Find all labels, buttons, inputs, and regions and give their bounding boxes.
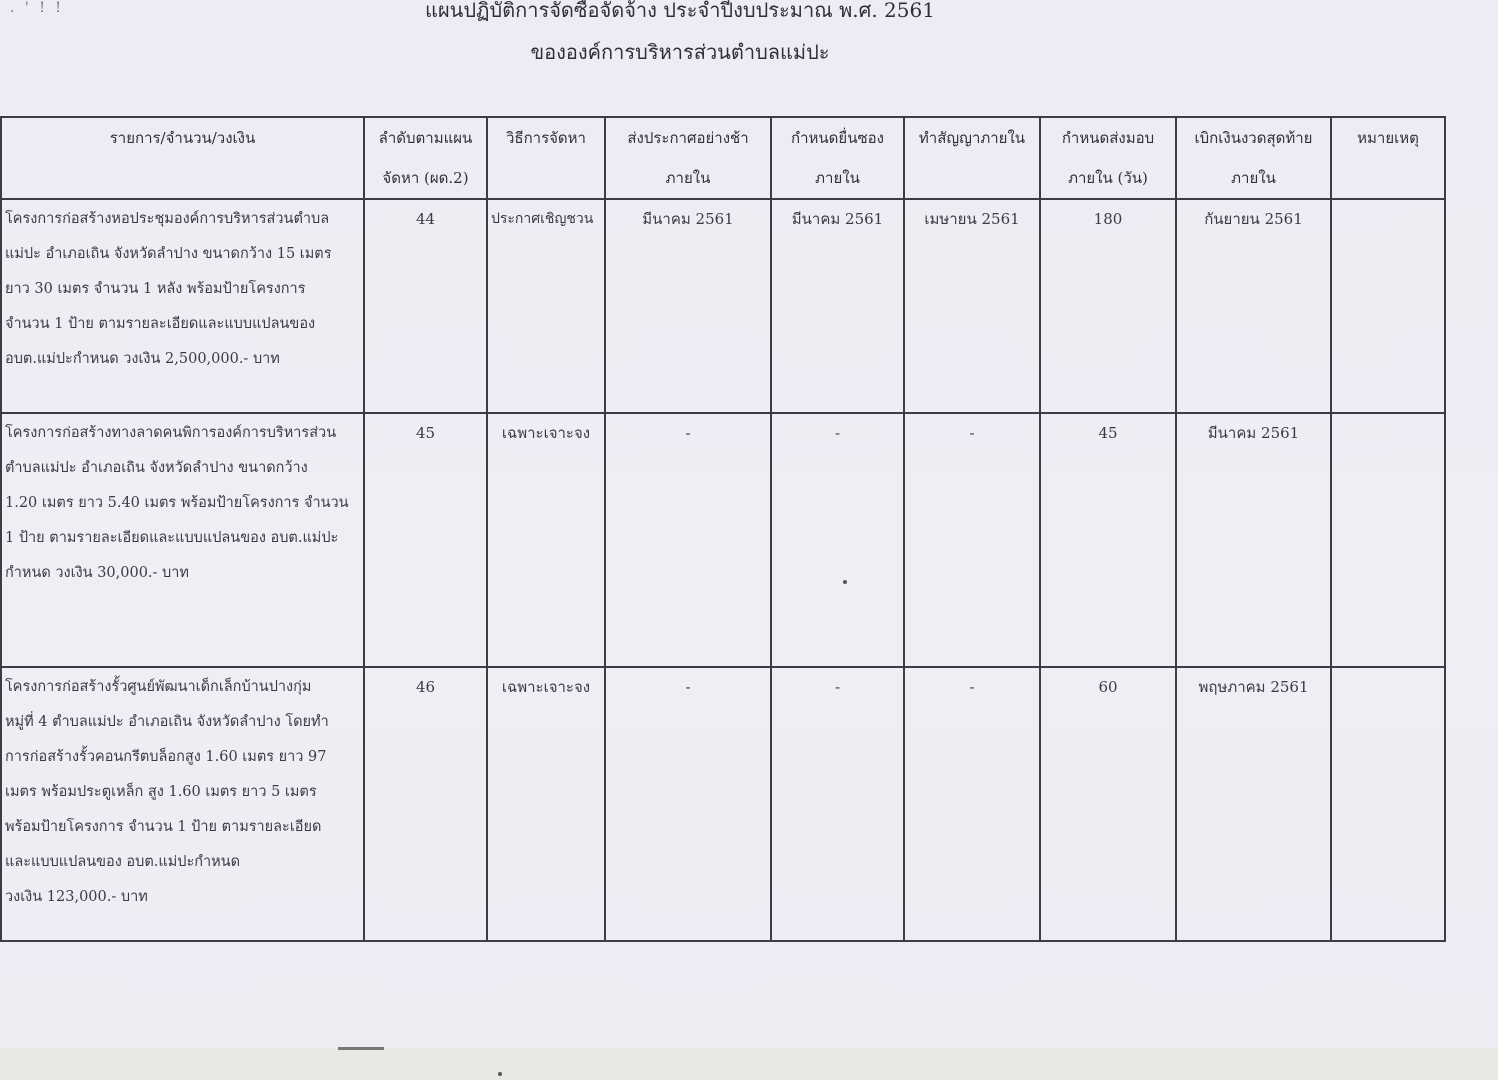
edge-mark	[338, 1047, 384, 1050]
row-announce-by: -	[605, 413, 771, 667]
row-plan-number: 45	[364, 413, 487, 667]
header-remark: หมายเหตุ	[1331, 117, 1445, 199]
header-announce-by: ส่งประกาศอย่างช้าภายใน	[605, 117, 771, 199]
row-announce-by: มีนาคม 2561	[605, 199, 771, 413]
header-contract-by: ทำสัญญาภายใน	[904, 117, 1040, 199]
row-final-payment: กันยายน 2561	[1176, 199, 1331, 413]
header-delivery-days: กำหนดส่งมอบภายใน (วัน)	[1040, 117, 1176, 199]
row-description: โครงการก่อสร้างหอประชุมองค์การบริหารส่วน…	[1, 199, 364, 413]
header-plan-number: ลำดับตามแผนจัดหา (ผด.2)	[364, 117, 487, 199]
row-bid-due: -	[771, 413, 904, 667]
document-title: แผนปฏิบัติการจัดซื้อจัดจ้าง ประจำปีงบประ…	[0, 0, 1360, 26]
row-remark	[1331, 199, 1445, 413]
row-delivery-days: 60	[1040, 667, 1176, 941]
row-delivery-days: 180	[1040, 199, 1176, 413]
document-subtitle: ขององค์การบริหารส่วนตำบลแม่ปะ	[0, 36, 1360, 68]
row-bid-due: -	[771, 667, 904, 941]
row-plan-number: 44	[364, 199, 487, 413]
row-final-payment: พฤษภาคม 2561	[1176, 667, 1331, 941]
row-method: เฉพาะเจาะจง	[487, 413, 605, 667]
header-method: วิธีการจัดหา	[487, 117, 605, 199]
procurement-plan-table: รายการ/จำนวน/วงเงิน ลำดับตามแผนจัดหา (ผด…	[0, 116, 1446, 942]
table-row: โครงการก่อสร้างทางลาดคนพิการองค์การบริหา…	[1, 413, 1445, 667]
row-remark	[1331, 667, 1445, 941]
paper-edge	[0, 1048, 1498, 1080]
row-remark	[1331, 413, 1445, 667]
row-method: ประกาศเชิญชวน	[487, 199, 605, 413]
table-header-row: รายการ/จำนวน/วงเงิน ลำดับตามแผนจัดหา (ผด…	[1, 117, 1445, 199]
table-row: โครงการก่อสร้างรั้วศูนย์พัฒนาเด็กเล็กบ้า…	[1, 667, 1445, 941]
header-final-payment: เบิกเงินงวดสุดท้ายภายใน	[1176, 117, 1331, 199]
row-contract-by: เมษายน 2561	[904, 199, 1040, 413]
row-delivery-days: 45	[1040, 413, 1176, 667]
row-contract-by: -	[904, 413, 1040, 667]
row-announce-by: -	[605, 667, 771, 941]
row-method: เฉพาะเจาะจง	[487, 667, 605, 941]
scan-speck	[498, 1072, 502, 1076]
row-plan-number: 46	[364, 667, 487, 941]
header-bid-due: กำหนดยื่นซองภายใน	[771, 117, 904, 199]
row-final-payment: มีนาคม 2561	[1176, 413, 1331, 667]
table-row: โครงการก่อสร้างหอประชุมองค์การบริหารส่วน…	[1, 199, 1445, 413]
row-description: โครงการก่อสร้างทางลาดคนพิการองค์การบริหา…	[1, 413, 364, 667]
row-bid-due: มีนาคม 2561	[771, 199, 904, 413]
header-description: รายการ/จำนวน/วงเงิน	[1, 117, 364, 199]
row-contract-by: -	[904, 667, 1040, 941]
scan-speck	[843, 580, 847, 584]
row-description: โครงการก่อสร้างรั้วศูนย์พัฒนาเด็กเล็กบ้า…	[1, 667, 364, 941]
